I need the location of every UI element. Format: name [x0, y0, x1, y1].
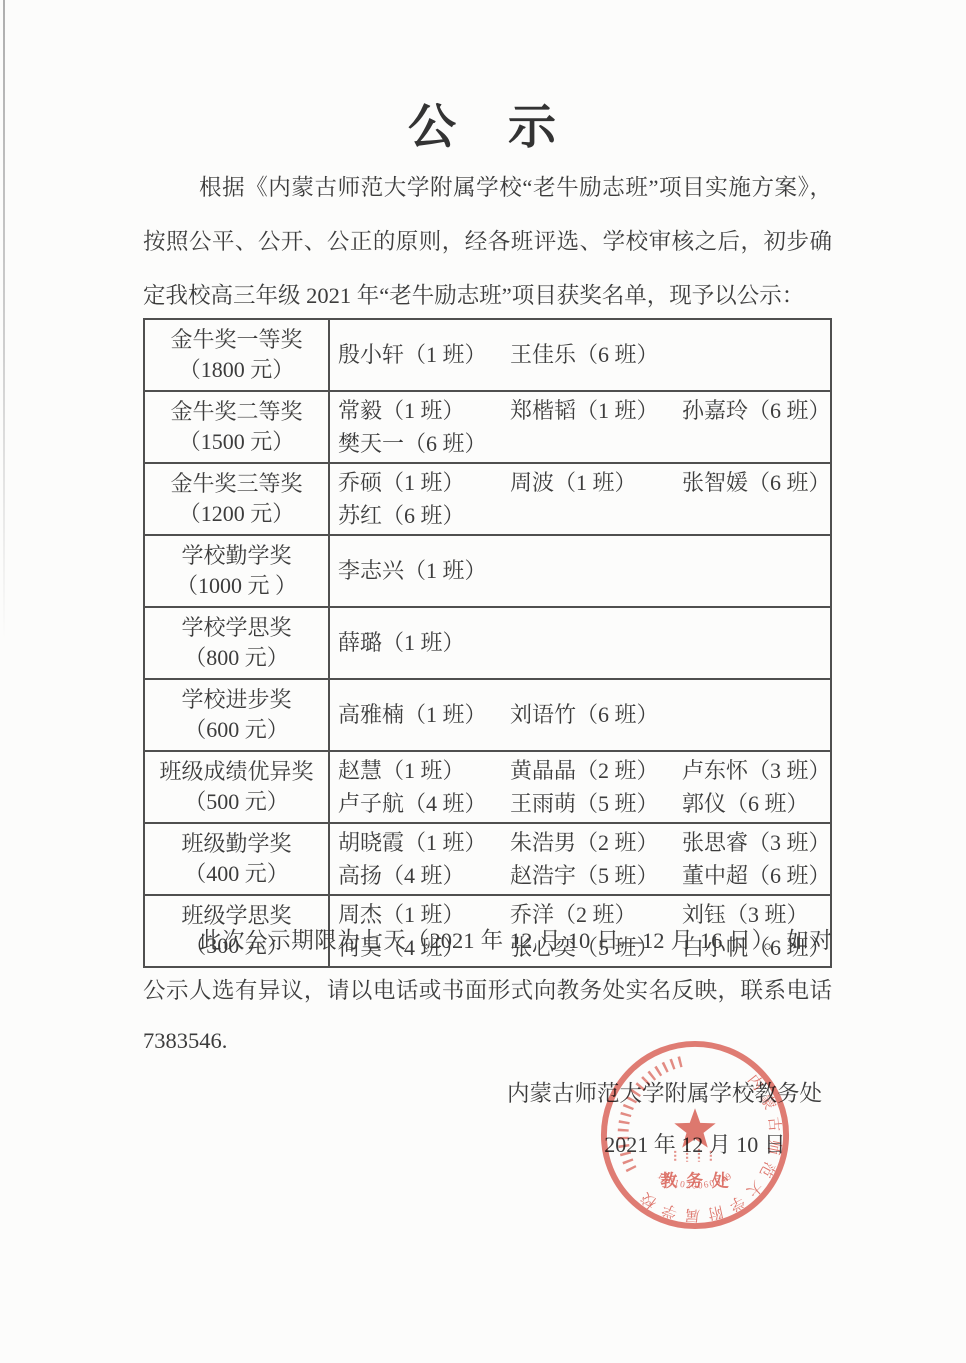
winners-cell: 胡晓霞（1 班）朱浩男（2 班）张思睿（3 班）高扬（4 班）赵浩宇（5 班）董… — [329, 823, 831, 895]
award-title: 金牛奖一等奖 — [145, 325, 328, 355]
winner-name: 苏红（6 班） — [338, 501, 510, 531]
award-table-body: 金牛奖一等奖（1800 元）殷小轩（1 班）王佳乐（6 班）金牛奖二等奖（150… — [144, 319, 831, 967]
winner-name: 郭仪（6 班） — [682, 789, 831, 819]
winners-cell: 李志兴（1 班） — [329, 535, 831, 607]
winners-cell: 殷小轩（1 班）王佳乐（6 班） — [329, 319, 831, 391]
award-title: 金牛奖三等奖 — [145, 469, 328, 499]
winner-name: 殷小轩（1 班） — [338, 340, 510, 370]
winners-cell: 赵慧（1 班）黄晶晶（2 班）卢东怀（3 班）卢子航（4 班）王雨萌（5 班）郭… — [329, 751, 831, 823]
award-name-cell: 班级成绩优异奖（500 元） — [144, 751, 329, 823]
winners-grid: 高雅楠（1 班）刘语竹（6 班） — [338, 700, 828, 730]
winner-name: 董中超（6 班） — [682, 861, 831, 891]
winners-cell: 薛璐（1 班） — [329, 607, 831, 679]
winner-name: 常毅（1 班） — [338, 396, 510, 426]
winner-name: 王雨萌（5 班） — [510, 789, 682, 819]
winners-grid: 薛璐（1 班） — [338, 628, 828, 658]
winners-cell: 常毅（1 班）郑楷韬（1 班）孙嘉玲（6 班）樊天一（6 班） — [329, 391, 831, 463]
award-name-cell: 金牛奖三等奖（1200 元） — [144, 463, 329, 535]
winner-name: 刘语竹（6 班） — [510, 700, 682, 730]
winner-name: 乔硕（1 班） — [338, 468, 510, 498]
winner-name: 赵浩宇（5 班） — [510, 861, 682, 891]
award-amount: （1200 元） — [145, 499, 328, 529]
award-name-cell: 班级勤学奖（400 元） — [144, 823, 329, 895]
table-row: 学校进步奖（600 元）高雅楠（1 班）刘语竹（6 班） — [144, 679, 831, 751]
table-row: 金牛奖一等奖（1800 元）殷小轩（1 班）王佳乐（6 班） — [144, 319, 831, 391]
winner-name: 樊天一（6 班） — [338, 429, 510, 459]
winners-grid: 乔硕（1 班）周波（1 班）张智媛（6 班）苏红（6 班） — [338, 468, 828, 531]
winner-name: 朱浩男（2 班） — [510, 828, 682, 858]
table-row: 学校勤学奖（1000 元 ）李志兴（1 班） — [144, 535, 831, 607]
table-row: 学校学思奖（800 元）薛璐（1 班） — [144, 607, 831, 679]
winners-cell: 乔硕（1 班）周波（1 班）张智媛（6 班）苏红（6 班） — [329, 463, 831, 535]
winner-name: 卢东怀（3 班） — [682, 756, 831, 786]
winners-cell: 高雅楠（1 班）刘语竹（6 班） — [329, 679, 831, 751]
award-table: 金牛奖一等奖（1800 元）殷小轩（1 班）王佳乐（6 班）金牛奖二等奖（150… — [143, 318, 832, 968]
winner-name: 张智媛（6 班） — [682, 468, 831, 498]
winner-name: 郑楷韬（1 班） — [510, 396, 682, 426]
seal-star-icon — [674, 1108, 715, 1147]
winners-grid: 李志兴（1 班） — [338, 556, 828, 586]
award-name-cell: 金牛奖一等奖（1800 元） — [144, 319, 329, 391]
winners-grid: 常毅（1 班）郑楷韬（1 班）孙嘉玲（6 班）樊天一（6 班） — [338, 396, 828, 459]
award-name-cell: 学校学思奖（800 元） — [144, 607, 329, 679]
table-row: 班级成绩优异奖（500 元）赵慧（1 班）黄晶晶（2 班）卢东怀（3 班）卢子航… — [144, 751, 831, 823]
mongolian-inner-decoration — [675, 1149, 711, 1162]
award-amount: （800 元） — [145, 643, 328, 673]
winner-name: 李志兴（1 班） — [338, 556, 510, 586]
document-page: 公 示 根据《内蒙古师范大学附属学校“老牛励志班”项目实施方案》，按照公平、公开… — [0, 0, 966, 1363]
winner-name: 孙嘉玲（6 班） — [682, 396, 831, 426]
winner-name: 卢子航（4 班） — [338, 789, 510, 819]
award-title: 学校进步奖 — [145, 685, 328, 715]
page-title: 公 示 — [0, 88, 966, 157]
award-name-cell: 学校勤学奖（1000 元 ） — [144, 535, 329, 607]
mongolian-script-decoration — [623, 1061, 685, 1170]
award-amount: （500 元） — [145, 787, 328, 817]
award-name-cell: 金牛奖二等奖（1500 元） — [144, 391, 329, 463]
award-title: 班级成绩优异奖 — [145, 757, 328, 787]
award-amount: （1800 元） — [145, 355, 328, 385]
award-amount: （600 元） — [145, 715, 328, 745]
award-amount: （1500 元） — [145, 427, 328, 457]
winner-name: 张思睿（3 班） — [682, 828, 831, 858]
winner-name: 胡晓霞（1 班） — [338, 828, 510, 858]
official-seal: 内蒙古师范大学附属学校 教务处 1501020060549 — [596, 1036, 794, 1234]
winner-name: 高扬（4 班） — [338, 861, 510, 891]
winner-name: 薛璐（1 班） — [338, 628, 510, 658]
award-amount: （1000 元 ） — [145, 571, 328, 601]
award-title: 学校勤学奖 — [145, 541, 328, 571]
winner-name: 王佳乐（6 班） — [510, 340, 682, 370]
award-title: 学校学思奖 — [145, 613, 328, 643]
winner-name: 高雅楠（1 班） — [338, 700, 510, 730]
winner-name: 周波（1 班） — [510, 468, 682, 498]
table-row: 金牛奖三等奖（1200 元）乔硕（1 班）周波（1 班）张智媛（6 班）苏红（6… — [144, 463, 831, 535]
winners-grid: 赵慧（1 班）黄晶晶（2 班）卢东怀（3 班）卢子航（4 班）王雨萌（5 班）郭… — [338, 756, 828, 819]
table-row: 班级勤学奖（400 元）胡晓霞（1 班）朱浩男（2 班）张思睿（3 班）高扬（4… — [144, 823, 831, 895]
table-row: 金牛奖二等奖（1500 元）常毅（1 班）郑楷韬（1 班）孙嘉玲（6 班）樊天一… — [144, 391, 831, 463]
award-title: 班级勤学奖 — [145, 829, 328, 859]
intro-paragraph: 根据《内蒙古师范大学附属学校“老牛励志班”项目实施方案》，按照公平、公开、公正的… — [143, 161, 832, 323]
award-amount: （400 元） — [145, 859, 328, 889]
winners-grid: 殷小轩（1 班）王佳乐（6 班） — [338, 340, 828, 370]
winner-name: 黄晶晶（2 班） — [510, 756, 682, 786]
winner-name: 赵慧（1 班） — [338, 756, 510, 786]
award-name-cell: 学校进步奖（600 元） — [144, 679, 329, 751]
winners-grid: 胡晓霞（1 班）朱浩男（2 班）张思睿（3 班）高扬（4 班）赵浩宇（5 班）董… — [338, 828, 828, 891]
award-title: 金牛奖二等奖 — [145, 397, 328, 427]
